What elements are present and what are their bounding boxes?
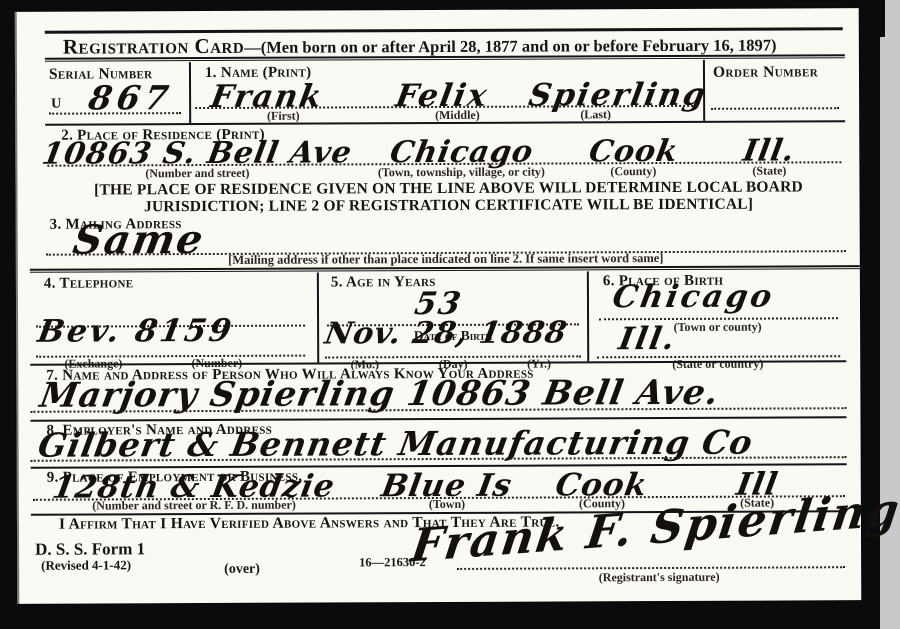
scanned-registration-card: Registration Card—(Men born on or after … <box>0 0 900 629</box>
last-caption: (Last) <box>580 107 611 122</box>
jurisdiction-note: [THE PLACE OF RESIDENCE GIVEN ON THE LIN… <box>77 179 819 215</box>
telephone-label: 4. Telephone <box>30 273 317 293</box>
row-telephone-age-birth: 4. Telephone Bev. 8159 (Exchange) (Numbe… <box>30 270 846 364</box>
registration-card: Registration Card—(Men born on or after … <box>15 8 862 604</box>
birth-town-handwriting: Chicago <box>610 279 778 316</box>
order-number-label: Order Number <box>705 59 845 82</box>
residence-county-caption: (County) <box>573 164 693 180</box>
place-of-birth-box: 6. Place of Birth Chicago (Town or count… <box>589 270 846 361</box>
telephone-box: 4. Telephone Bev. 8159 (Exchange) (Numbe… <box>30 273 317 364</box>
age-box: 5. Age in Years 53 Date of Birth Nov. 28… <box>317 271 589 362</box>
card-title: Registration Card <box>63 34 244 59</box>
residence-state-caption: (State) <box>693 163 845 179</box>
residence-street-caption: (Number and street) <box>45 165 349 181</box>
employer-section: 8. Employer's Name and Address Gilbert &… <box>30 416 846 467</box>
signature-caption: (Registrant's signature) <box>489 569 829 585</box>
card-subtitle: —(Men born on or after April 28, 1877 an… <box>244 36 776 57</box>
employment-town-caption: (Town) <box>357 497 537 513</box>
telephone-handwriting: Bev. 8159 <box>35 313 237 350</box>
form-revision: (Revised 4-1-42) <box>41 557 131 573</box>
last-name-handwriting: Spierling <box>526 77 710 114</box>
serial-number-box: Serial Number U 867 <box>45 62 191 124</box>
residence-section: 2. Place of Residence (Print) 10863 S. B… <box>45 120 845 181</box>
middle-caption: (Middle) <box>435 108 480 123</box>
contact-person-section: 7. Name and Address of Person Who Will A… <box>30 360 846 420</box>
date-of-birth-handwriting: Nov. 28, 1888 <box>322 315 570 351</box>
over-note: (over) <box>224 562 260 578</box>
mailing-address-section: 3. Mailing Address Same [Mailing address… <box>46 213 846 268</box>
order-number-line <box>711 107 839 110</box>
birth-state-handwriting: Ill. <box>616 321 679 357</box>
serial-prefix: U <box>51 97 61 113</box>
order-number-box: Order Number <box>705 59 845 121</box>
employment-street-caption: (Number and street or R. F. D. number) <box>31 497 357 513</box>
name-box: 1. Name (Print) Frank Felix Spierling (F… <box>191 60 705 123</box>
first-caption: (First) <box>267 109 300 124</box>
residence-city-caption: (Town, township, village, or city) <box>349 164 573 180</box>
row-serial-name-order: Serial Number U 867 1. Name (Print) Fran… <box>45 59 845 123</box>
